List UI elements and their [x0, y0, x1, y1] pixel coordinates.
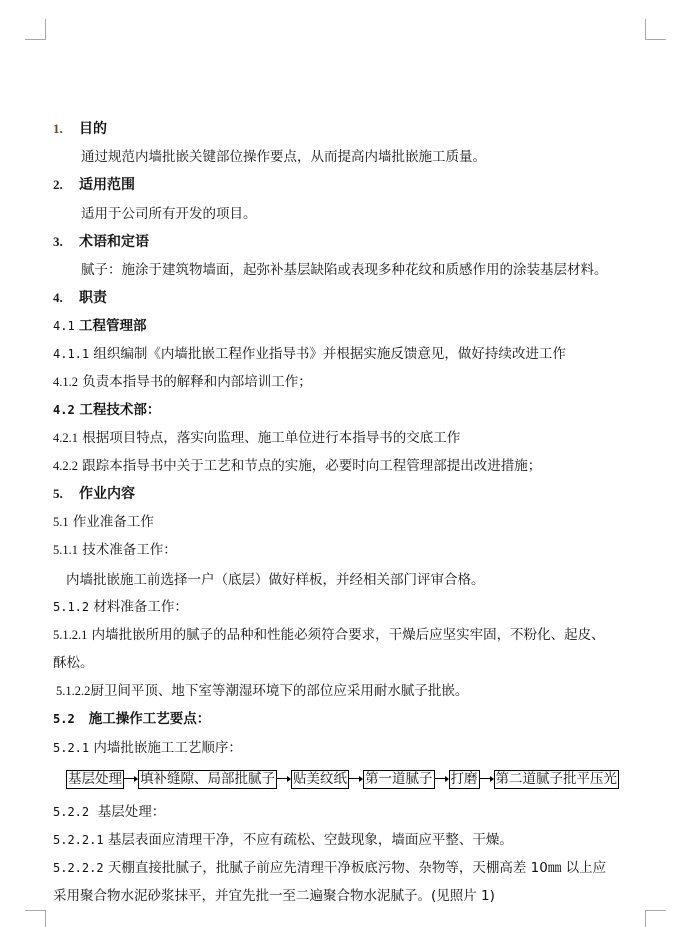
paragraph-5-1-1: 内墙批嵌施工前选择一户（底层）做好样板，并经相关部门评审合格。	[66, 571, 485, 589]
heading-work-content: 5.作业内容	[53, 485, 135, 503]
page-corner-mark-top-left	[25, 19, 46, 40]
subheading-5-2-2: 5.2.2 基层处理：	[53, 803, 165, 821]
flow-step-5: 打磨	[449, 770, 480, 789]
item-4-2-2: 4.2.2 跟踪本指导书中关于工艺和节点的实施，必要时向工程管理部提出改进措施；	[53, 457, 541, 475]
item-5-1-2-1: 5.1.2.1 内墙批嵌所用的腻子的品种和性能必须符合要求，干燥后应坚实牢固，不…	[53, 626, 605, 644]
heading-terms: 3.术语和定语	[53, 233, 149, 251]
item-5-2-2-2: 5.2.2.2 天棚直接批腻子，批腻子前应先清理干净板底污物、杂物等，天棚高差 …	[53, 859, 606, 877]
flow-step-6: 第二道腻子批平压光	[494, 770, 620, 789]
item-5-2-2-2-continued: 采用聚合物水泥砂浆抹平，并宜先批一至二遍聚合物水泥腻子。(见照片 1)	[53, 887, 495, 905]
flow-step-1: 基层处理	[66, 770, 124, 789]
subheading-5-1: 5.1 作业准备工作	[53, 513, 154, 531]
paragraph-terms: 腻子：施涂于建筑物墙面，起弥补基层缺陷或表现多种花纹和质感作用的涂装基层材料。	[81, 261, 608, 279]
heading-title: 作业内容	[79, 486, 135, 502]
heading-responsibilities: 4.职责	[53, 289, 107, 307]
flow-step-3: 贴美纹纸	[291, 770, 349, 789]
flow-step-4: 第一道腻子	[363, 770, 435, 789]
item-5-2-2-1: 5.2.2.1 基层表面应清理干净，不应有疏松、空鼓现象，墙面应平整、干燥。	[53, 831, 513, 849]
heading-title: 职责	[79, 290, 107, 306]
heading-title: 适用范围	[79, 177, 135, 193]
heading-purpose: 1.目的	[53, 120, 107, 138]
heading-number: 4.	[53, 289, 79, 307]
arrow-right-icon	[435, 774, 449, 784]
item-5-1-2-1-continued: 酥松。	[53, 654, 94, 672]
heading-title: 术语和定语	[79, 234, 149, 250]
arrow-right-icon	[277, 774, 291, 784]
arrow-right-icon	[349, 774, 363, 784]
heading-number: 2.	[53, 176, 79, 194]
heading-number: 3.	[53, 233, 79, 251]
arrow-right-icon	[124, 774, 138, 784]
item-4-1-1: 4.1.1 组织编制《内墙批嵌工程作业指导书》并根据实施反馈意见，做好持续改进工…	[53, 345, 566, 363]
subheading-5-1-2: 5.1.2 材料准备工作：	[53, 598, 188, 616]
heading-number: 1.	[53, 120, 79, 138]
page-corner-mark-bottom-left	[25, 910, 46, 927]
subheading-4-2: 4.2 工程技术部：	[53, 401, 160, 419]
arrow-right-icon	[480, 774, 494, 784]
paragraph-scope: 适用于公司所有开发的项目。	[81, 205, 257, 223]
subheading-4-1: 4.1 工程管理部	[53, 317, 146, 335]
subheading-5-1-1: 5.1.1 技术准备工作：	[53, 541, 177, 559]
subheading-5-2-1: 5.2.1 内墙批嵌施工工艺顺序：	[53, 739, 242, 757]
item-4-2-1: 4.2.1 根据项目特点，落实向监理、施工单位进行本指导书的交底工作	[53, 429, 460, 447]
page-corner-mark-bottom-right	[645, 910, 666, 927]
process-flow-diagram: 基层处理 填补缝隙、局部批腻子 贴美纹纸 第一道腻子 打磨 第二道腻子批平压光	[66, 769, 619, 789]
heading-scope: 2.适用范围	[53, 176, 135, 194]
flow-step-2: 填补缝隙、局部批腻子	[138, 770, 277, 789]
heading-number: 5.	[53, 485, 79, 503]
page-corner-mark-top-right	[645, 19, 666, 40]
paragraph-purpose: 通过规范内墙批嵌关键部位操作要点，从而提高内墙批嵌施工质量。	[81, 148, 486, 166]
item-4-1-2: 4.1.2 负责本指导书的解释和内部培训工作；	[53, 373, 312, 391]
item-5-1-2-2: 5.1.2.2厨卫间平顶、地下室等潮湿环境下的部位应采用耐水腻子批嵌。	[56, 682, 468, 700]
subheading-5-2: 5.2 施工操作工艺要点：	[53, 710, 210, 728]
heading-title: 目的	[79, 121, 107, 137]
